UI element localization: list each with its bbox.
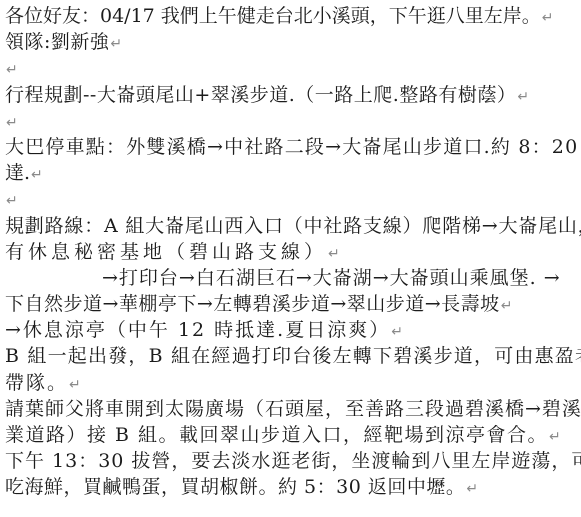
text-line: 各位好友：04/17 我們上午健走台北小溪頭，下午逛八里左岸。↵ <box>5 3 577 29</box>
text-line: B 組一起出發，B 組在經過打印台後左轉下碧溪步道，可由惠盈老師 <box>5 343 577 369</box>
paragraph-mark-icon: ↵ <box>517 89 529 105</box>
text-line: ↵ <box>5 55 577 81</box>
text-line: 下自然步道→華棚亭下→左轉碧溪步道→翠山步道→長壽坡↵ <box>5 291 577 317</box>
text-line: ↵ <box>5 186 577 212</box>
text-line: →打印台→白石湖巨石→大崙湖→大崙頭山乘風堡. → <box>5 265 577 291</box>
text-line-content: 吃海鮮，買鹹鴨蛋，買胡椒餅。約 5：30 返回中壢。 <box>5 476 465 498</box>
text-line-content: 業道路）接 B 組。載回翠山步道入口，經靶場到涼亭會合。 <box>5 424 548 446</box>
text-line-content: 帶隊。 <box>5 372 68 394</box>
paragraph-mark-icon: ↵ <box>466 481 478 497</box>
text-line: 大巴停車點：外雙溪橋→中社路二段→大崙尾山步道口.約 8：20 抵 <box>5 134 577 160</box>
text-line-content: 領隊:劉新強 <box>5 31 109 53</box>
paragraph-mark-icon: ↵ <box>110 36 122 52</box>
paragraph-mark-icon: ↵ <box>31 167 43 183</box>
text-line: 業道路）接 B 組。載回翠山步道入口，經靶場到涼亭會合。↵ <box>5 422 577 448</box>
text-line-content: 行程規劃--大崙頭尾山+翠溪步道.（一路上爬.整路有樹蔭） <box>5 84 516 106</box>
text-line: 規劃路線：A 組大崙尾山西入口（中社路支線）爬階梯→大崙尾山， <box>5 213 577 239</box>
paragraph-mark-icon: ↵ <box>6 193 18 209</box>
text-line-content: 有休息秘密基地（碧山路支線） <box>5 241 327 263</box>
text-line-content: B 組一起出發，B 組在經過打印台後左轉下碧溪步道，可由惠盈老師 <box>5 345 581 367</box>
text-line: 下午 13：30 拔營，要去淡水逛老街，坐渡輪到八里左岸遊蕩，可以 <box>5 448 577 474</box>
text-line-content: →休息涼亭（中午 12 時抵達.夏日涼爽） <box>5 319 390 341</box>
paragraph-mark-icon: ↵ <box>549 429 561 445</box>
text-line-content: 各位好友：04/17 我們上午健走台北小溪頭，下午逛八里左岸。 <box>5 5 541 27</box>
paragraph-mark-icon: ↵ <box>69 377 81 393</box>
paragraph-mark-icon: ↵ <box>501 298 513 314</box>
text-line-content: 下自然步道→華棚亭下→左轉碧溪步道→翠山步道→長壽坡 <box>5 293 500 315</box>
document-body: 各位好友：04/17 我們上午健走台北小溪頭，下午逛八里左岸。↵領隊:劉新強↵↵… <box>5 3 577 501</box>
text-line: →休息涼亭（中午 12 時抵達.夏日涼爽）↵ <box>5 317 577 343</box>
text-line-content: 大巴停車點：外雙溪橋→中社路二段→大崙尾山步道口.約 8：20 抵 <box>5 136 581 158</box>
text-line: 行程規劃--大崙頭尾山+翠溪步道.（一路上爬.整路有樹蔭）↵ <box>5 82 577 108</box>
paragraph-mark-icon: ↵ <box>328 246 340 262</box>
text-line: 請葉師父將車開到太陽廣場（石頭屋，至善路三段過碧溪橋→碧溪產 <box>5 396 577 422</box>
paragraph-mark-icon: ↵ <box>6 62 18 78</box>
text-line: 領隊:劉新強↵ <box>5 29 577 55</box>
text-line-content: →打印台→白石湖巨石→大崙湖→大崙頭山乘風堡. → <box>102 267 561 289</box>
text-line: 吃海鮮，買鹹鴨蛋，買胡椒餅。約 5：30 返回中壢。↵ <box>5 474 577 500</box>
text-line: ↵ <box>5 108 577 134</box>
text-line: 達.↵ <box>5 160 577 186</box>
text-line: 帶隊。↵ <box>5 370 577 396</box>
text-line-content: 請葉師父將車開到太陽廣場（石頭屋，至善路三段過碧溪橋→碧溪產 <box>5 398 581 420</box>
paragraph-mark-icon: ↵ <box>6 115 18 131</box>
text-line: 有休息秘密基地（碧山路支線）↵ <box>5 239 577 265</box>
paragraph-mark-icon: ↵ <box>391 324 403 340</box>
text-line-content: 規劃路線：A 組大崙尾山西入口（中社路支線）爬階梯→大崙尾山， <box>5 215 581 237</box>
document-page: 各位好友：04/17 我們上午健走台北小溪頭，下午逛八里左岸。↵領隊:劉新強↵↵… <box>0 0 581 517</box>
text-line-content: 下午 13：30 拔營，要去淡水逛老街，坐渡輪到八里左岸遊蕩，可以 <box>5 450 581 472</box>
paragraph-mark-icon: ↵ <box>542 10 554 26</box>
text-line-content: 達. <box>5 162 30 184</box>
